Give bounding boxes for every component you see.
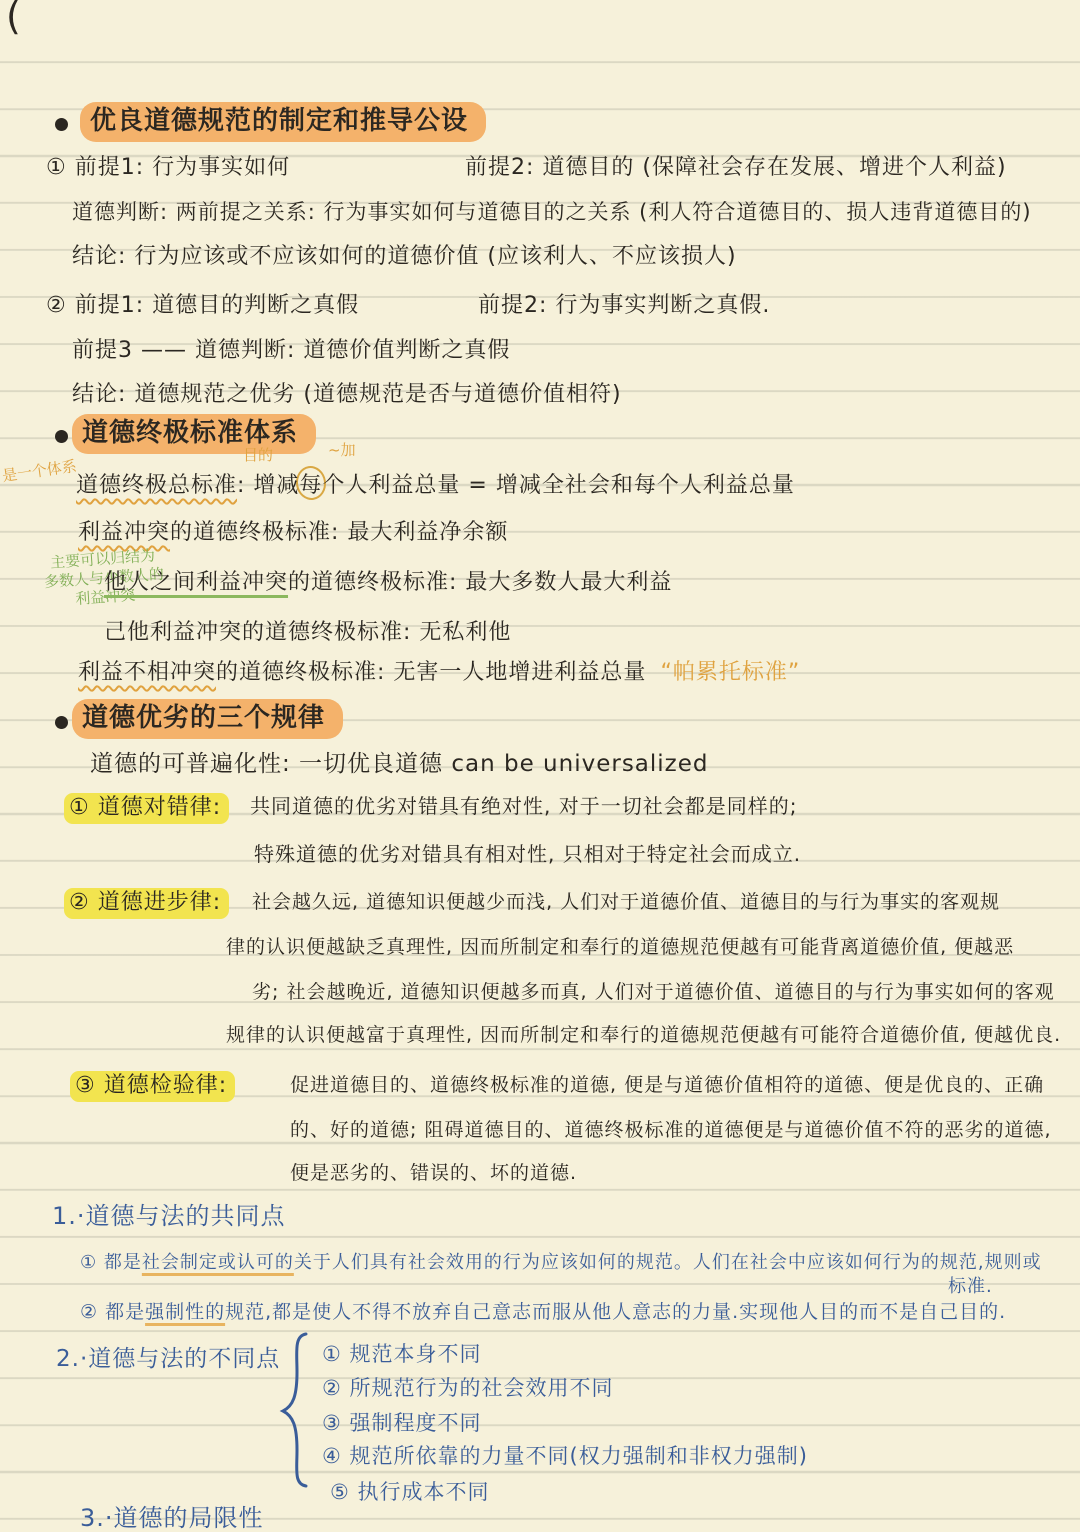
line-rest: 的道德终极标准: 最大多数人最大利益 — [288, 570, 672, 595]
law2-label: ② 道德进步律: — [64, 885, 229, 916]
law3-text-line1: 促进道德目的、道德终极标准的道德, 便是与道德价值相符的道德、便是优良的、正确 — [290, 1070, 1044, 1097]
wavy-underline-segment: 道德终极总标准 — [76, 473, 237, 498]
line-rest: 的道德终极标准: 最大利益净余额 — [170, 520, 508, 545]
point-rest: 关于人们具有社会效用的行为应该如何的规范。人们在社会中应该如何行为的规范,规则或 — [294, 1252, 1042, 1273]
section-title-three-laws: 道德优劣的三个规律 — [72, 697, 343, 734]
law1-text-line2: 特殊道德的优劣对错具有相对性, 只相对于特定社会而成立. — [254, 838, 801, 867]
margin-note-system: 是一个体系 — [1, 457, 78, 486]
self-other-conflict-line: 己他利益冲突的道德终极标准: 无私利他 — [104, 615, 511, 646]
law1-label: ① 道德对错律: — [64, 790, 229, 821]
universalizability-line: 道德的可普遍化性: 一切优良道德 can be universalized — [90, 745, 709, 778]
wavy-underline-segment: 利益冲突 — [78, 520, 170, 545]
no-conflict-standard-line: 利益不相冲突的道德终极标准: 无害一人地增进利益总量“帕累托标准” — [78, 655, 800, 686]
difference-item-1: ① 规范本身不同 — [322, 1338, 482, 1368]
heading-morality-limitations: 3.·道德的局限性 — [80, 1498, 264, 1532]
difference-item-5: ⑤ 执行成本不同 — [330, 1476, 490, 1506]
bullet-icon — [55, 716, 68, 729]
yellow-highlight: ③ 道德检验律: — [70, 1071, 235, 1102]
point-rest: 规范,都是使人不得不放弃自己意志而服从他人意志的力量.实现他人目的而不是自己目的… — [225, 1301, 1006, 1323]
wavy-underline-segment: 利益不相冲突 — [78, 660, 216, 685]
law2-text-line2: 律的认识便越缺乏真理性, 因而所制定和奉行的道德规范便越有可能背离道德价值, 便… — [226, 932, 1014, 959]
others-conflict-standard-line: 他人之间利益冲突的道德终极标准: 最大多数人最大利益 — [104, 565, 672, 596]
law3-text-line2: 的、好的道德; 阻碍道德目的、道德终极标准的道德便是与道德价值不符的恶劣的道德, — [290, 1115, 1051, 1142]
line-rest: : 增减每个人利益总量 = 增减全社会和每个人利益总量 — [237, 473, 795, 498]
annotation-goal: 目的 — [243, 446, 273, 465]
commonality-point-1: ① 都是社会制定或认可的关于人们具有社会效用的行为应该如何的规范。人们在社会中应… — [80, 1248, 1042, 1274]
orange-highlight: 优良道德规范的制定和推导公设 — [80, 102, 486, 142]
commonality-point-2: ② 都是强制性的规范,都是使人不得不放弃自己意志而服从他人意志的力量.实现他人目… — [80, 1297, 1006, 1324]
conflict-standard-line: 利益冲突的道德终极标准: 最大利益净余额 — [78, 515, 508, 546]
point-prefix: ② 都是 — [80, 1301, 145, 1323]
orange-highlight: 道德优劣的三个规律 — [72, 699, 343, 739]
law3-label: ③ 道德检验律: — [70, 1068, 235, 1099]
corner-pen-mark: ( — [6, 0, 22, 38]
difference-item-2: ② 所规范行为的社会效用不同 — [322, 1372, 614, 1402]
ultimate-total-standard-line: 道德终极总标准: 增减每个人利益总量 = 增减全社会和每个人利益总量 — [76, 468, 795, 499]
premise1-truth-line: ② 前提1: 道德目的判断之真假 — [46, 288, 359, 319]
law1-text-line1: 共同道德的优劣对错具有绝对性, 对于一切社会都是同样的; — [250, 790, 797, 819]
curly-brace-icon — [278, 1330, 314, 1490]
orange-highlight: 道德终极标准体系 — [72, 414, 316, 454]
heading-morality-law-commonalities: 1.·道德与法的共同点 — [52, 1196, 286, 1231]
orange-underline-segment: 社会制定或认可的 — [142, 1252, 294, 1273]
line-rest: 的道德终极标准: 无害一人地增进利益总量 — [216, 660, 646, 685]
premise1-line: ① 前提1: 行为事实如何 — [46, 150, 290, 181]
conclusion-line-2: 结论: 道德规范之优劣 (道德规范是否与道德价值相符) — [72, 377, 622, 408]
annotation-add: ~加 — [328, 441, 356, 460]
section-title-derivation-postulates: 优良道德规范的制定和推导公设 — [80, 100, 486, 137]
conclusion-line-1: 结论: 行为应该或不应该如何的道德价值 (应该利人、不应该损人) — [72, 239, 737, 270]
law2-text-line3: 劣; 社会越晚近, 道德知识便越多而真, 人们对于道德价值、道德目的与行为事实如… — [252, 977, 1055, 1004]
bullet-icon — [55, 118, 68, 131]
difference-item-3: ③ 强制程度不同 — [322, 1407, 482, 1437]
difference-item-4: ④ 规范所依靠的力量不同(权力强制和非权力强制) — [322, 1440, 808, 1470]
heading-morality-law-differences: 2.·道德与法的不同点 — [56, 1340, 280, 1373]
orange-underline-segment: 强制性的 — [145, 1301, 225, 1323]
pareto-standard-quote: “帕累托标准” — [660, 660, 800, 685]
green-underline-segment: 他人之间利益冲突 — [104, 570, 288, 595]
law2-text-line1: 社会越久远, 道德知识便越少而浅, 人们对于道德价值、道德目的与行为事实的客观规 — [252, 887, 1000, 914]
yellow-highlight: ② 道德进步律: — [64, 888, 229, 919]
point-prefix: ① 都是 — [80, 1252, 142, 1273]
moral-judgment-line: 道德判断: 两前提之关系: 行为事实如何与道德目的之关系 (利人符合道德目的、损… — [72, 196, 1032, 226]
section-title-ultimate-standard: 道德终极标准体系 — [72, 412, 316, 449]
premise2-line: 前提2: 道德目的 (保障社会存在发展、增进个人利益) — [465, 150, 1007, 181]
commonality-point-1-wrap: 标准. — [948, 1272, 993, 1298]
premise3-line: 前提3 —— 道德判断: 道德价值判断之真假 — [72, 333, 510, 364]
law3-text-line3: 便是恶劣的、错误的、坏的道德. — [290, 1158, 577, 1185]
law2-text-line4: 规律的认识便越富于真理性, 因而所制定和奉行的道德规范便越有可能符合道德价值, … — [226, 1020, 1061, 1047]
yellow-highlight: ① 道德对错律: — [64, 793, 229, 824]
handwritten-notes-page: ( 优良道德规范的制定和推导公设 ① 前提1: 行为事实如何 前提2: 道德目的… — [0, 0, 1080, 1532]
bullet-icon — [55, 430, 68, 443]
premise2-truth-line: 前提2: 行为事实判断之真假. — [478, 288, 770, 319]
